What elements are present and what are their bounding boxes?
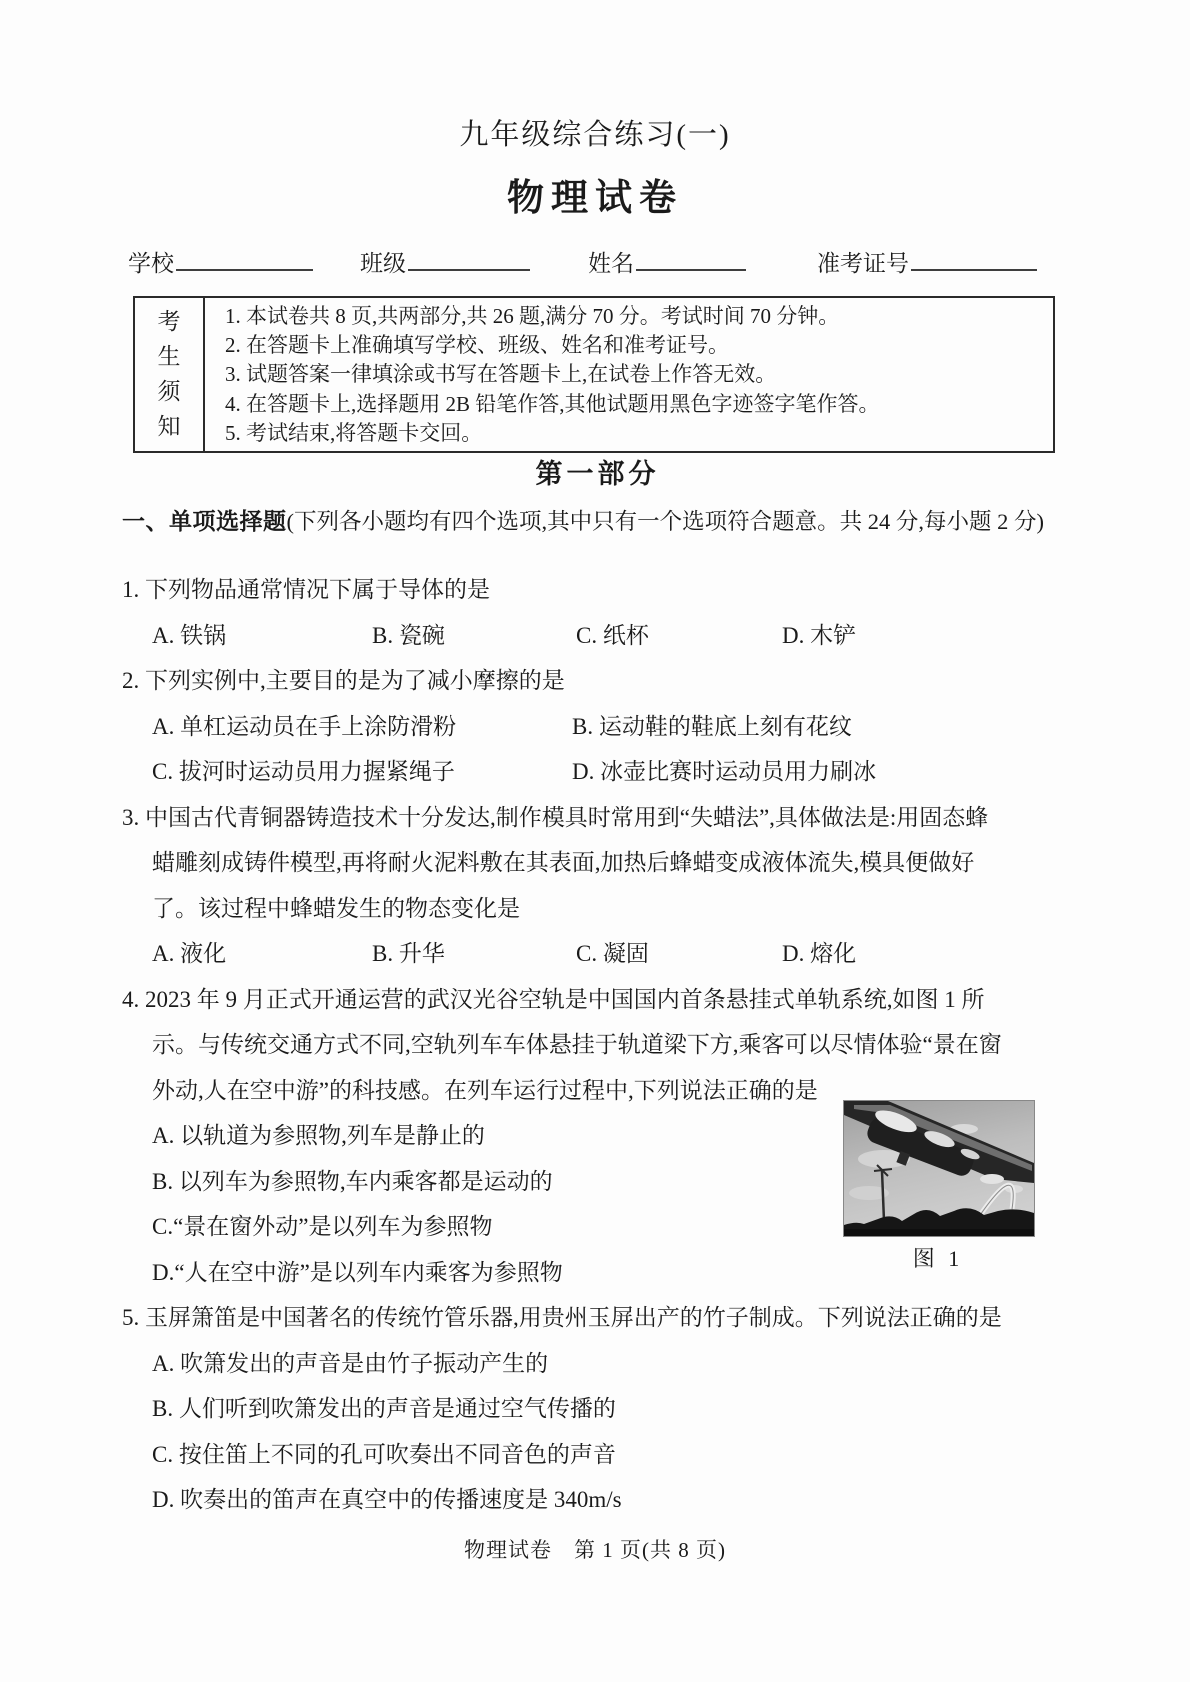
section-title: 一、单项选择题(下列各小题均有四个选项,其中只有一个选项符合题意。共 24 分,… bbox=[122, 506, 1073, 537]
notice-side-label: 考 生 须 知 bbox=[135, 298, 205, 451]
option: A. 液化 bbox=[152, 931, 372, 977]
notice-item: 1. 本试卷共 8 页,共两部分,共 26 题,满分 70 分。考试时间 70 … bbox=[225, 302, 1047, 331]
option: C. 凝固 bbox=[576, 931, 782, 977]
notice-side-char: 考 bbox=[158, 310, 181, 334]
part-one-heading: 第一部分 bbox=[122, 458, 1073, 490]
notice-item: 2. 在答题卡上准确填写学校、班级、姓名和准考证号。 bbox=[225, 331, 1047, 360]
exam-title: 九年级综合练习(一) bbox=[0, 118, 1190, 152]
option: D. 冰壶比赛时运动员用力刷冰 bbox=[572, 759, 876, 784]
exam-id-blank-line bbox=[911, 245, 1037, 271]
option: A. 吹箫发出的声音是由竹子振动产生的 bbox=[122, 1341, 1073, 1387]
class-blank-line bbox=[408, 245, 530, 271]
school-blank-line bbox=[176, 245, 313, 271]
examinee-notice-box: 考 生 须 知 1. 本试卷共 8 页,共两部分,共 26 题,满分 70 分。… bbox=[133, 296, 1055, 453]
question-2-options-row-2: C. 拔河时运动员用力握紧绳子D. 冰壶比赛时运动员用力刷冰 bbox=[122, 749, 1073, 795]
notice-item: 4. 在答题卡上,选择题用 2B 铅笔作答,其他试题用黑色字迹签字笔作答。 bbox=[225, 390, 1047, 419]
question-3-stem-line-3: 了。该过程中蜂蜡发生的物态变化是 bbox=[122, 886, 1073, 932]
question-1-stem: 1. 下列物品通常情况下属于导体的是 bbox=[122, 567, 1073, 613]
exam-id-field-group: 准考证号 bbox=[817, 245, 1037, 278]
name-label: 姓名 bbox=[588, 251, 634, 276]
option: C. 纸杯 bbox=[576, 613, 782, 659]
name-field-group: 姓名 bbox=[588, 245, 746, 278]
option: A. 单杠运动员在手上涂防滑粉 bbox=[152, 704, 572, 750]
notice-item: 5. 考试结束,将答题卡交回。 bbox=[225, 419, 1047, 448]
question-4-stem-line-2: 示。与传统交通方式不同,空轨列车车体悬挂于轨道梁下方,乘客可以尽情体验“景在窗 bbox=[122, 1022, 1073, 1068]
question-2-stem: 2. 下列实例中,主要目的是为了减小摩擦的是 bbox=[122, 658, 1073, 704]
page-footer: 物理试卷 第 1 页(共 8 页) bbox=[0, 1536, 1190, 1564]
notice-item: 3. 试题答案一律填涂或书写在答题卡上,在试卷上作答无效。 bbox=[225, 360, 1047, 389]
class-field-group: 班级 bbox=[360, 245, 530, 278]
question-3-stem-line-2: 蜡雕刻成铸件模型,再将耐火泥料敷在其表面,加热后蜂蜡变成液体流失,模具便做好 bbox=[122, 840, 1073, 886]
question-5-stem: 5. 玉屏箫笛是中国著名的传统竹管乐器,用贵州玉屏出产的竹子制成。下列说法正确的… bbox=[122, 1295, 1073, 1341]
section-title-rest: (下列各小题均有四个选项,其中只有一个选项符合题意。共 24 分,每小题 2 分… bbox=[287, 509, 1045, 534]
option: D. 吹奏出的笛声在真空中的传播速度是 340m/s bbox=[122, 1477, 1073, 1523]
question-4-stem-line-1: 4. 2023 年 9 月正式开通运营的武汉光谷空轨是中国国内首条悬挂式单轨系统… bbox=[122, 977, 1073, 1023]
class-label: 班级 bbox=[360, 251, 406, 276]
question-3-stem-line-1: 3. 中国古代青铜器铸造技术十分发达,制作模具时常用到“失蜡法”,具体做法是:用… bbox=[122, 795, 1073, 841]
option: C. 拔河时运动员用力握紧绳子 bbox=[152, 749, 572, 795]
notice-side-char: 知 bbox=[158, 415, 181, 439]
student-info-row: 学校 班级 姓名 准考证号 bbox=[0, 245, 1190, 281]
notice-side-char: 生 bbox=[158, 345, 181, 369]
question-list: 1. 下列物品通常情况下属于导体的是 A. 铁锅B. 瓷碗C. 纸杯D. 木铲 … bbox=[122, 567, 1073, 1523]
notice-items: 1. 本试卷共 8 页,共两部分,共 26 题,满分 70 分。考试时间 70 … bbox=[205, 298, 1053, 451]
name-blank-line bbox=[636, 245, 746, 271]
question-3-options: A. 液化B. 升华C. 凝固D. 熔化 bbox=[122, 931, 1073, 977]
exam-id-label: 准考证号 bbox=[817, 251, 909, 276]
notice-side-char: 须 bbox=[158, 380, 181, 404]
option: C. 按住笛上不同的孔可吹奏出不同音色的声音 bbox=[122, 1432, 1073, 1478]
school-label: 学校 bbox=[128, 251, 174, 276]
option: A. 铁锅 bbox=[152, 613, 372, 659]
section-title-bold: 一、单项选择题 bbox=[122, 508, 287, 534]
monorail-photo bbox=[843, 1100, 1035, 1237]
question-1-options: A. 铁锅B. 瓷碗C. 纸杯D. 木铲 bbox=[122, 613, 1073, 659]
part-one-content: 第一部分 一、单项选择题(下列各小题均有四个选项,其中只有一个选项符合题意。共 … bbox=[122, 458, 1073, 1523]
option: D. 木铲 bbox=[782, 623, 856, 648]
exam-page: 九年级综合练习(一) 物理试卷 学校 班级 姓名 准考证号 考 生 须 知 1.… bbox=[0, 0, 1190, 1682]
figure-1: 图 1 bbox=[843, 1100, 1033, 1272]
option: B. 升华 bbox=[372, 931, 576, 977]
option: B. 瓷碗 bbox=[372, 613, 576, 659]
exam-subject-title: 物理试卷 bbox=[0, 176, 1190, 220]
option: D. 熔化 bbox=[782, 941, 856, 966]
option: B. 人们听到吹箫发出的声音是通过空气传播的 bbox=[122, 1386, 1073, 1432]
school-field-group: 学校 bbox=[128, 245, 313, 278]
figure-1-caption: 图 1 bbox=[843, 1246, 1033, 1272]
option: B. 运动鞋的鞋底上刻有花纹 bbox=[572, 714, 852, 739]
question-2-options-row-1: A. 单杠运动员在手上涂防滑粉B. 运动鞋的鞋底上刻有花纹 bbox=[122, 704, 1073, 750]
